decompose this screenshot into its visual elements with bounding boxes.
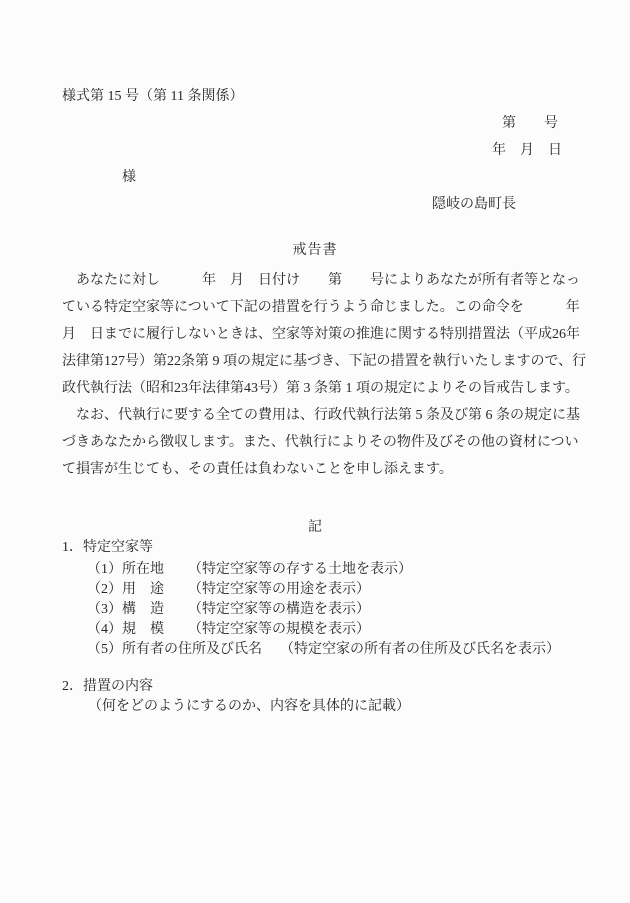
item-note: （特定空家等の構造を表示） [188, 600, 370, 620]
document-date-line: 年 月 日 [62, 137, 568, 164]
item-number: （2） [87, 580, 122, 600]
item-note: （特定空家等の用途を表示） [188, 580, 370, 600]
item-number: （4） [87, 620, 122, 640]
section1-heading: 1．特定空家等 [62, 538, 568, 558]
list-item: （5）所有者の住所及び氏名（特定空家の所有者の住所及び氏名を表示） [62, 640, 568, 660]
form-number: 様式第 15 号（第 11 条関係） [62, 83, 568, 110]
body-line: あなたに対し 年 月 日付け 第 号によりあなたが所有者等となっ [62, 267, 568, 294]
item-number: （3） [87, 600, 122, 620]
body-line: て損害が生じても、その責任は負わないことを申し添えます。 [62, 456, 568, 483]
item-number: （5） [87, 640, 122, 660]
issuer-name: 隠岐の島町長 [62, 191, 568, 218]
list-item: （3）構 造（特定空家等の構造を表示） [62, 600, 568, 620]
list-item: （1）所在地（特定空家等の存する土地を表示） [62, 560, 568, 580]
section2-heading: 2．措置の内容 [62, 677, 568, 697]
item-label: 用 途 [122, 580, 170, 600]
list-item: （2）用 途（特定空家等の用途を表示） [62, 580, 568, 600]
document-title: 戒告書 [62, 237, 568, 264]
section1-items: （1）所在地（特定空家等の存する土地を表示） （2）用 途（特定空家等の用途を表… [62, 560, 568, 660]
item-note: （特定空家等の存する土地を表示） [188, 560, 412, 580]
section2-note: （何をどのようにするのか、内容を具体的に記載） [62, 697, 568, 717]
item-note: （特定空家等の規模を表示） [188, 620, 370, 640]
notes-heading: 記 [62, 518, 568, 538]
document-page: 様式第 15 号（第 11 条関係） 第 号 年 月 日 様 隠岐の島町長 戒告… [0, 0, 630, 903]
item-label: 規 模 [122, 620, 170, 640]
body-line: 政代執行法（昭和23年法律第43号）第 3 条第 1 項の規定によりその旨戒告し… [62, 375, 568, 402]
body-line: づきあなたから徴収します。また、代執行によりその物件及びその他の資材につい [62, 429, 568, 456]
body-text: あなたに対し 年 月 日付け 第 号によりあなたが所有者等となっ ている特定空家… [62, 267, 568, 483]
item-number: （1） [87, 560, 122, 580]
addressee-line: 様 [62, 164, 568, 191]
item-label: 所在地 [122, 560, 170, 580]
item-note: （特定空家の所有者の住所及び氏名を表示） [280, 640, 560, 660]
body-line: ている特定空家等について下記の措置を行うよう命じました。この命令を 年 [62, 294, 568, 321]
document-number-line: 第 号 [62, 110, 568, 137]
item-label: 所有者の住所及び氏名 [122, 640, 262, 660]
body-line: 月 日までに履行しないときは、空家等対策の推進に関する特別措置法（平成26年 [62, 321, 568, 348]
list-item: （4）規 模（特定空家等の規模を表示） [62, 620, 568, 640]
body-line: なお、代執行に要する全ての費用は、行政代執行法第 5 条及び第 6 条の規定に基 [62, 402, 568, 429]
item-label: 構 造 [122, 600, 170, 620]
body-line: 法律第127号）第22条第 9 項の規定に基づき、下記の措置を執行いたしますので… [62, 348, 568, 375]
